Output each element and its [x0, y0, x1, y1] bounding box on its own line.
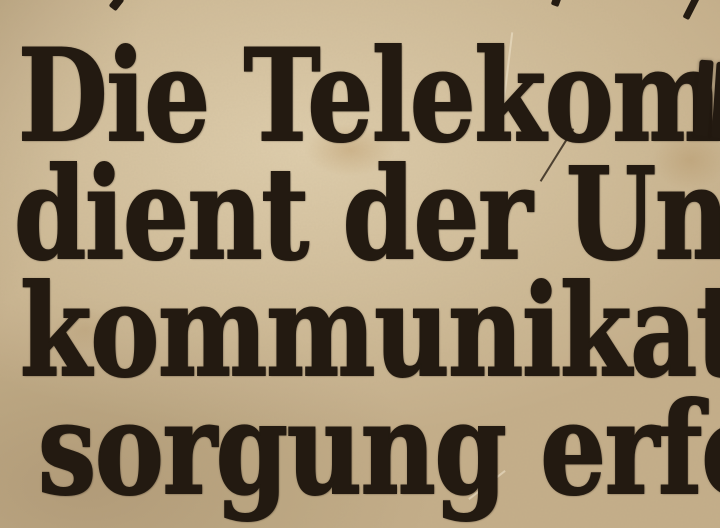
descender-ink-fragment	[682, 0, 700, 20]
descender-ink-fragment	[551, 0, 562, 7]
calligraphy-photo: Die Telekom dient der Unte kommunikatio …	[0, 0, 720, 528]
text-line-4: sorgung erford	[38, 386, 720, 512]
descender-ink-fragment	[109, 0, 125, 11]
